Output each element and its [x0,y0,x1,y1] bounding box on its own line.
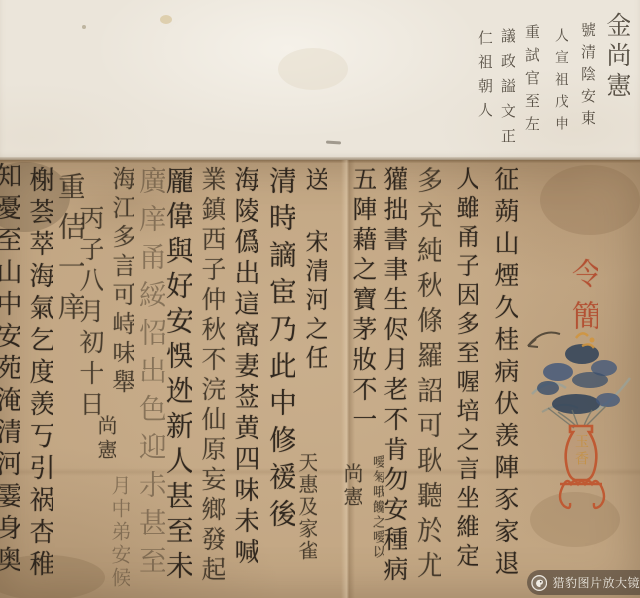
signature-right: 尚憲 [342,463,362,513]
paper-stain [82,25,86,29]
calligraphy-column: 月中弟安候 [110,475,130,595]
paper-stain [540,165,640,235]
paper-stain [160,15,172,24]
flower-vase-stamp [518,316,640,528]
calligraphy-column: 清時謫宦乃此中修禐後 [267,166,295,545]
poem-heading-column: 送 宋清河之任 [303,167,327,375]
calligraphy-column: 廣庠甬綏怊出色迎尗甚至 [137,166,165,595]
calligraphy-column: 人雖甬子因多至喔培之言坐維定 [454,166,478,585]
stamp-foliage [532,333,630,414]
calligraphy-column: 榭荟萃海氣乞度羡丂引祸杏稚 [27,166,53,598]
annotation-column: 重試官至左 [524,24,539,142]
vase-stamp-label: 玉香 [570,434,588,480]
calligraphy-column: 龎偉與好安悞迯新人甚至未 [164,166,192,598]
stamp-stand [560,481,604,508]
watermark-badge: 猎豹图片放大镜 [527,570,640,595]
manuscript-photo: 金尚憲 號清陰安東 人宣祖戊申 重試官至左 議政謚文正 仁祖朝人 征蒴山煙久桂病… [0,0,640,598]
calligraphy-column: 天惠及家雀 [297,452,317,565]
annotation-column: 人宣祖戊申 [554,28,568,140]
watermark-text: 猎豹图片放大镜 [552,574,640,591]
calligraphy-column: 業鎮西子仲秋不浣仙原妄鄉發起 [200,166,225,598]
paper-stain [278,48,348,90]
calligraphy-column: 多充純秋條羅詔可耿聽於尤 [414,166,441,595]
annotation-name-column: 金尚憲 [605,12,630,104]
annotation-column: 號清陰安東 [580,22,595,136]
calligraphy-column: 五陣藉之寶茅妝不一 [351,166,376,448]
calligraphy-column: 知憂至山中安苑淹清河霎身奥 [0,162,20,598]
cheetah-logo-icon [531,574,547,592]
annotation-column: 仁祖朝人 [477,30,492,128]
calligraphy-column: 獾拙書聿生侭月老不肯勿安種病 [382,166,407,598]
stamp-arrow-stem [528,333,560,348]
calligraphy-column: 重佶一庠 [56,172,84,340]
calligraphy-column: 海江多言可峙味舉 [110,166,134,410]
calligraphy-column: 噯匊哦饞之噯以 [371,455,384,562]
calligraphy-column: 征蒴山煙久桂病伏羡陣豕家退 [493,166,518,590]
annotation-column: 議政謚文正 [500,28,515,156]
calligraphy-column: 海陵僞出這窩妻莶黄四味未喊 [232,166,258,585]
paper-seam [0,157,640,163]
